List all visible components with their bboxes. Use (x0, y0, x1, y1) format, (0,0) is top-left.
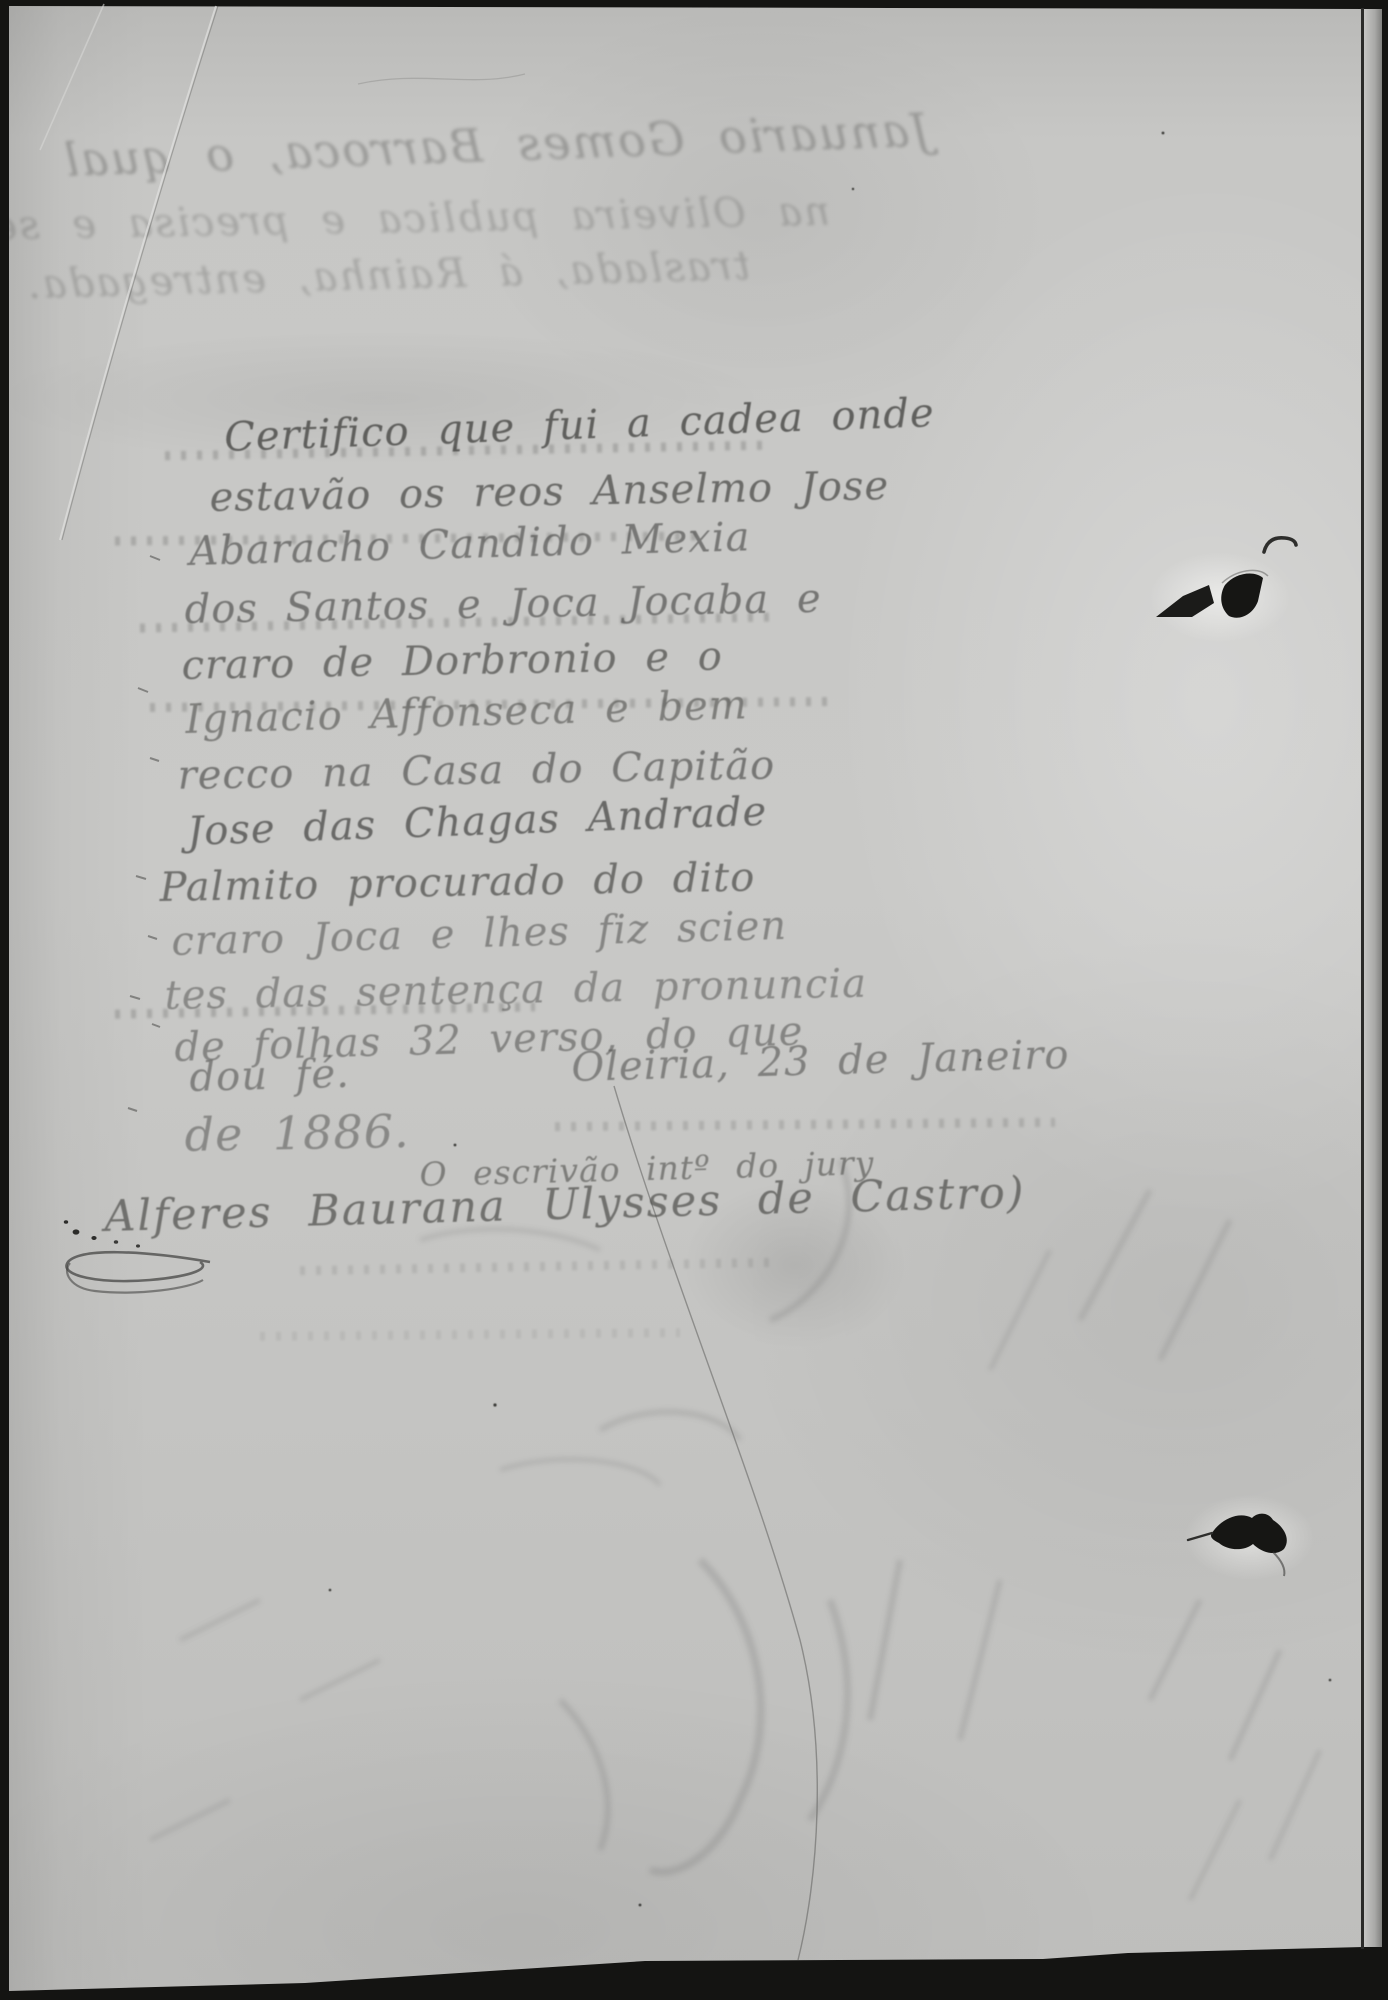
paper-hole (1156, 585, 1214, 617)
scanned-page: Januario Gomes Barroca, o qual na Olivei… (0, 0, 1388, 2000)
fold-crease-shadow (62, 6, 218, 540)
margin-ink-marks (128, 556, 160, 1111)
bleed-through-strokes (150, 1160, 1320, 1900)
tear-crack (1188, 1533, 1212, 1540)
paper-hole (1221, 574, 1263, 618)
fold-crease (40, 4, 104, 150)
ink-flourish (64, 1220, 210, 1292)
fold-crease (614, 1086, 817, 1960)
tear-mark (1264, 538, 1296, 552)
tear-crack (1273, 1552, 1284, 1576)
scan-artifacts (0, 0, 1388, 2000)
paper-hole (1211, 1514, 1287, 1553)
fold-crease (358, 74, 525, 84)
adjacent-page-edge (1364, 9, 1382, 1947)
